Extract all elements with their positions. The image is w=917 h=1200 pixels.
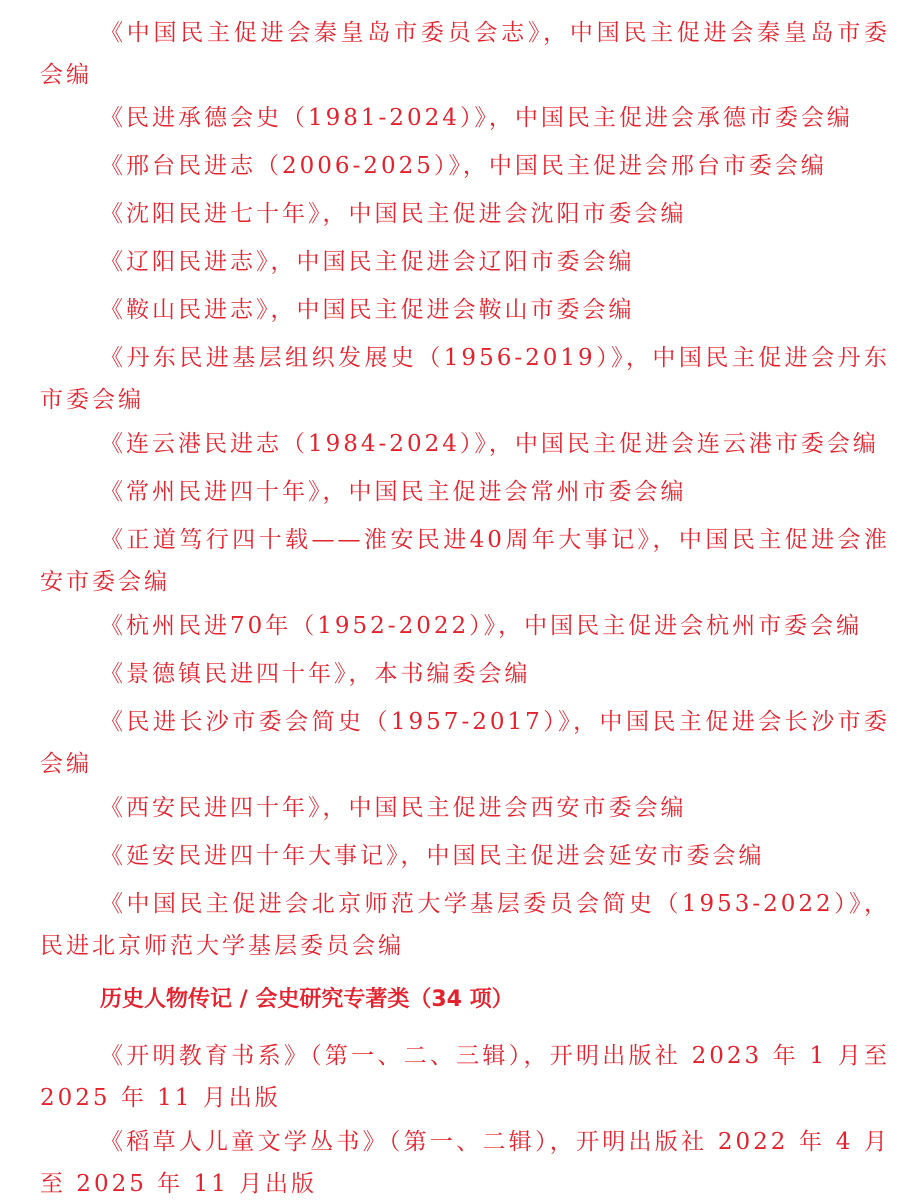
paragraph-qinhuangdao: 《中国民主促进会秦皇岛市委员会志》，中国民主促进会秦皇岛市委会编 [40,12,890,96]
paragraph-daocaoren-series: 《稻草人儿童文学丛书》（第一、二辑），开明出版社 2022 年 4 月至 202… [40,1121,890,1200]
paragraph-huaian: 《正道笃行四十载——淮安民进40周年大事记》，中国民主促进会淮安市委会编 [40,519,890,603]
paragraph-jingdezhen: 《景德镇民进四十年》，本书编委会编 [40,653,890,695]
paragraph-shenyang: 《沈阳民进七十年》，中国民主促进会沈阳市委会编 [40,193,890,235]
paragraph-lianyungang: 《连云港民进志（1984-2024）》，中国民主促进会连云港市委会编 [40,423,890,465]
paragraph-anshan: 《鞍山民进志》，中国民主促进会鞍山市委会编 [40,289,890,331]
paragraph-hangzhou: 《杭州民进70年（1952-2022）》，中国民主促进会杭州市委会编 [40,605,890,647]
paragraph-dandong: 《丹东民进基层组织发展史（1956-2019）》，中国民主促进会丹东市委会编 [40,337,890,421]
paragraph-xingtai: 《邢台民进志（2006-2025）》，中国民主促进会邢台市委会编 [40,145,890,187]
paragraph-liaoyang: 《辽阳民进志》，中国民主促进会辽阳市委会编 [40,241,890,283]
paragraph-yanan: 《延安民进四十年大事记》，中国民主促进会延安市委会编 [40,835,890,877]
paragraph-chengde: 《民进承德会史（1981-2024）》，中国民主促进会承德市委会编 [40,97,890,139]
paragraph-bnu: 《中国民主促进会北京师范大学基层委员会简史（1953-2022）》，民进北京师范… [40,883,890,967]
section-heading: 历史人物传记 / 会史研究专著类（34 项） [100,982,514,1018]
paragraph-kaiming-series: 《开明教育书系》（第一、二、三辑），开明出版社 2023 年 1 月至 2025… [40,1035,890,1119]
paragraph-changzhou: 《常州民进四十年》，中国民主促进会常州市委会编 [40,471,890,513]
paragraph-xian: 《西安民进四十年》，中国民主促进会西安市委会编 [40,787,890,829]
paragraph-changsha: 《民进长沙市委会简史（1957-2017）》，中国民主促进会长沙市委会编 [40,701,890,785]
